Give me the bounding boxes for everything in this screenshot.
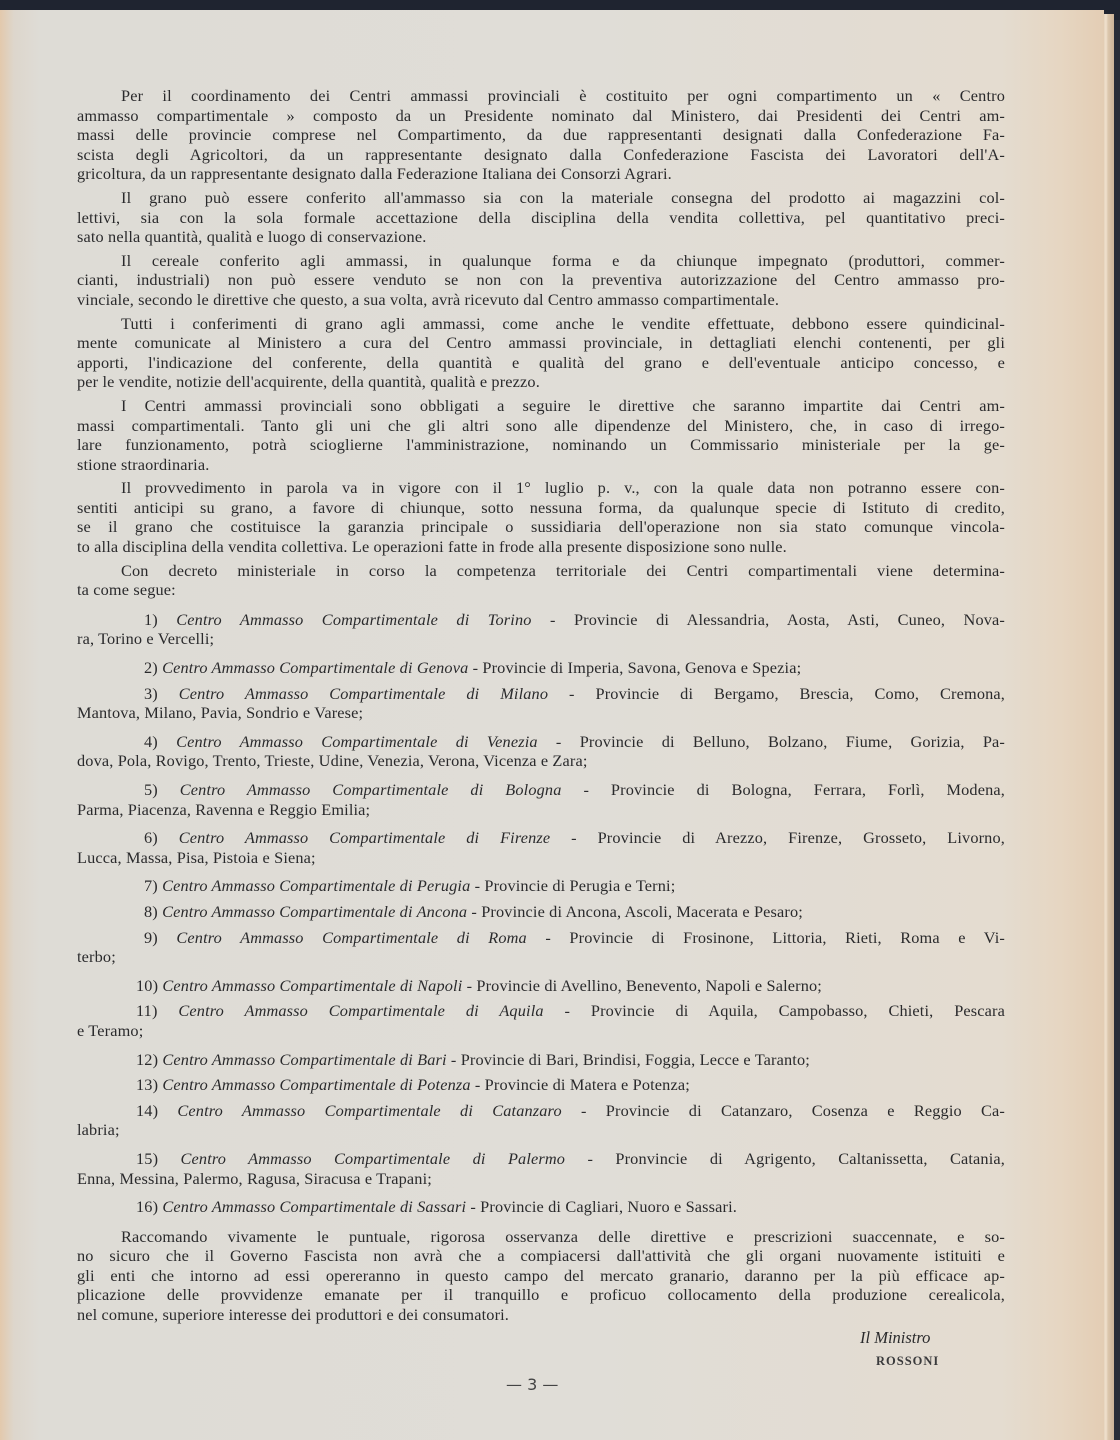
text-line: Il cereale conferito agli ammassi, in qu… — [77, 251, 1005, 271]
center-continuation-line: Lucca, Massa, Pisa, Pistoia e Siena; — [77, 848, 1005, 868]
center-provinces: - Provincie di Belluno, Bolzano, Fiume, … — [538, 732, 1005, 751]
center-continuation-line: dova, Pola, Rovigo, Trento, Trieste, Udi… — [77, 751, 1005, 771]
paragraph-6: Il provvedimento in parola va in vigore … — [77, 478, 1005, 556]
center-continuation-line: Mantova, Milano, Pavia, Sondrio e Varese… — [77, 703, 1005, 723]
center-title: Centro Ammasso Compartimentale di Napoli — [162, 976, 462, 995]
text-line: lare funzionamento, potrà scioglierne l'… — [77, 435, 1005, 455]
center-first-line: 1) Centro Ammasso Compartimentale di Tor… — [77, 610, 1005, 630]
center-title: Centro Ammasso Compartimentale di Sassar… — [162, 1197, 466, 1216]
center-list-item: 4) Centro Ammasso Compartimentale di Ven… — [77, 732, 1005, 771]
center-provinces: - Provincie di Avellino, Benevento, Napo… — [462, 976, 822, 995]
text-line: apporti, l'indicazione del conferente, d… — [77, 353, 1005, 373]
paragraph-2: Il grano può essere conferito all'ammass… — [77, 188, 1005, 247]
center-provinces: - Provincie di Frosinone, Littoria, Riet… — [527, 928, 1005, 947]
page-edge — [1104, 14, 1114, 1440]
center-continuation-line: labria; — [77, 1120, 1005, 1140]
center-first-line: 8) Centro Ammasso Compartimentale di Anc… — [77, 902, 1005, 922]
text-line: Raccomando vivamente le puntuale, rigoro… — [77, 1227, 1005, 1247]
paragraph-7: Con decreto ministeriale in corso la com… — [77, 561, 1005, 600]
center-list-item: 3) Centro Ammasso Compartimentale di Mil… — [77, 684, 1005, 723]
paragraph-4: Tutti i conferimenti di grano agli ammas… — [77, 314, 1005, 392]
signature-title: Il Ministro — [860, 1328, 930, 1348]
page-edge-shadow — [1114, 20, 1120, 1440]
text-line: ta come segue: — [77, 580, 1005, 600]
text-line: nel comune, superiore interesse dei prod… — [77, 1305, 1005, 1325]
center-title: Centro Ammasso Compartimentale di Bologn… — [180, 780, 562, 799]
center-number: 6) — [144, 828, 158, 847]
center-title: Centro Ammasso Compartimentale di Firenz… — [179, 828, 551, 847]
text-line: I Centri ammassi provinciali sono obblig… — [77, 396, 1005, 416]
center-first-line: 16) Centro Ammasso Compartimentale di Sa… — [77, 1197, 1005, 1217]
center-continuation-line: terbo; — [77, 947, 1005, 967]
paragraph-5: I Centri ammassi provinciali sono obblig… — [77, 396, 1005, 474]
center-list-item: 13) Centro Ammasso Compartimentale di Po… — [77, 1075, 1005, 1095]
center-number: 11) — [136, 1001, 158, 1020]
center-number: 8) — [144, 902, 158, 921]
center-number: 9) — [144, 928, 158, 947]
center-number: 14) — [136, 1101, 158, 1120]
text-line: mente comunicate al Ministero a cura del… — [77, 333, 1005, 353]
center-number: 15) — [136, 1149, 158, 1168]
text-line: scista degli Agricoltori, da un rapprese… — [77, 145, 1005, 165]
center-provinces: - Provincie di Perugia e Terni; — [470, 876, 675, 895]
center-first-line: 11) Centro Ammasso Compartimentale di Aq… — [77, 1001, 1005, 1021]
center-provinces: - Provincie di Catanzaro, Cosenza e Regg… — [562, 1101, 1005, 1120]
text-line: Con decreto ministeriale in corso la com… — [77, 561, 1005, 581]
center-provinces: - Provincie di Matera e Potenza; — [471, 1075, 690, 1094]
center-provinces: - Provincie di Arezzo, Firenze, Grosseto… — [550, 828, 1005, 847]
text-line: cianti, industriali) non può essere vend… — [77, 270, 1005, 290]
center-provinces: - Provincie di Aquila, Campobasso, Chiet… — [544, 1001, 1005, 1020]
text-line: sentiti anticipi su grano, a favore di c… — [77, 498, 1005, 518]
center-continuation-line: Enna, Messina, Palermo, Ragusa, Siracusa… — [77, 1169, 1005, 1189]
center-title: Centro Ammasso Compartimentale di Genova — [162, 658, 468, 677]
paragraph-3: Il cereale conferito agli ammassi, in qu… — [77, 251, 1005, 310]
center-list-item: 14) Centro Ammasso Compartimentale di Ca… — [77, 1101, 1005, 1140]
text-line: massi compartimentali. Tanto gli uni che… — [77, 416, 1005, 436]
center-first-line: 15) Centro Ammasso Compartimentale di Pa… — [77, 1149, 1005, 1169]
text-line: gli enti che intorno ad essi opereranno … — [77, 1266, 1005, 1286]
center-list-item: 10) Centro Ammasso Compartimentale di Na… — [77, 976, 1005, 996]
center-first-line: 10) Centro Ammasso Compartimentale di Na… — [77, 976, 1005, 996]
text-line: Il grano può essere conferito all'ammass… — [77, 188, 1005, 208]
paragraph-1: Per il coordinamento dei Centri ammassi … — [77, 86, 1005, 184]
center-first-line: 9) Centro Ammasso Compartimentale di Rom… — [77, 928, 1005, 948]
center-title: Centro Ammasso Compartimentale di Aquila — [178, 1001, 543, 1020]
center-title: Centro Ammasso Compartimentale di Potenz… — [162, 1075, 470, 1094]
centers-list: 1) Centro Ammasso Compartimentale di Tor… — [77, 610, 1005, 1217]
center-title: Centro Ammasso Compartimentale di Venezi… — [176, 732, 538, 751]
center-provinces: - Provincie di Bergamo, Brescia, Como, C… — [548, 684, 1005, 703]
center-number: 12) — [136, 1050, 158, 1069]
center-title: Centro Ammasso Compartimentale di Milano — [179, 684, 548, 703]
center-continuation-line: Parma, Piacenza, Ravenna e Reggio Emilia… — [77, 800, 1005, 820]
center-number: 3) — [144, 684, 158, 703]
center-number: 1) — [144, 610, 158, 629]
center-list-item: 7) Centro Ammasso Compartimentale di Per… — [77, 876, 1005, 896]
center-list-item: 15) Centro Ammasso Compartimentale di Pa… — [77, 1149, 1005, 1188]
text-line: Il provvedimento in parola va in vigore … — [77, 478, 1005, 498]
center-title: Centro Ammasso Compartimentale di Roma — [176, 928, 526, 947]
center-number: 16) — [136, 1197, 158, 1216]
signature-name: ROSSONI — [876, 1354, 939, 1369]
center-provinces: - Pronvincie di Agrigento, Caltanissetta… — [565, 1149, 1005, 1168]
center-list-item: 2) Centro Ammasso Compartimentale di Gen… — [77, 658, 1005, 678]
center-list-item: 9) Centro Ammasso Compartimentale di Rom… — [77, 928, 1005, 967]
center-number: 5) — [144, 780, 158, 799]
center-list-item: 8) Centro Ammasso Compartimentale di Anc… — [77, 902, 1005, 922]
center-title: Centro Ammasso Compartimentale di Perugi… — [162, 876, 470, 895]
text-line: gricoltura, da un rappresentante designa… — [77, 164, 1005, 184]
center-first-line: 7) Centro Ammasso Compartimentale di Per… — [77, 876, 1005, 896]
center-provinces: - Provincie di Bari, Brindisi, Foggia, L… — [447, 1050, 810, 1069]
center-list-item: 5) Centro Ammasso Compartimentale di Bol… — [77, 780, 1005, 819]
center-title: Centro Ammasso Compartimentale di Catanz… — [177, 1101, 561, 1120]
center-first-line: 12) Centro Ammasso Compartimentale di Ba… — [77, 1050, 1005, 1070]
center-provinces: - Provincie di Ancona, Ascoli, Macerata … — [467, 902, 803, 921]
text-line: massi delle provincie comprese nel Compa… — [77, 125, 1005, 145]
text-line: sato nella quantità, qualità e luogo di … — [77, 227, 1005, 247]
center-number: 7) — [144, 876, 158, 895]
center-list-item: 12) Centro Ammasso Compartimentale di Ba… — [77, 1050, 1005, 1070]
center-title: Centro Ammasso Compartimentale di Palerm… — [181, 1149, 566, 1168]
center-first-line: 3) Centro Ammasso Compartimentale di Mil… — [77, 684, 1005, 704]
center-list-item: 6) Centro Ammasso Compartimentale di Fir… — [77, 828, 1005, 867]
center-number: 4) — [144, 732, 158, 751]
text-line: lettivi, sia con la sola formale accetta… — [77, 208, 1005, 228]
center-list-item: 11) Centro Ammasso Compartimentale di Aq… — [77, 1001, 1005, 1040]
center-title: Centro Ammasso Compartimentale di Bari — [162, 1050, 446, 1069]
center-number: 10) — [136, 976, 158, 995]
text-line: se il grano che costituisce la garanzia … — [77, 517, 1005, 537]
center-list-item: 1) Centro Ammasso Compartimentale di Tor… — [77, 610, 1005, 649]
center-list-item: 16) Centro Ammasso Compartimentale di Sa… — [77, 1197, 1005, 1217]
text-line: vinciale, secondo le direttive che quest… — [77, 290, 1005, 310]
center-number: 13) — [136, 1075, 158, 1094]
text-line: no sicuro che il Governo Fascista non av… — [77, 1246, 1005, 1266]
center-number: 2) — [144, 658, 158, 677]
center-title: Centro Ammasso Compartimentale di Ancona — [162, 902, 467, 921]
text-line: Per il coordinamento dei Centri ammassi … — [77, 86, 1005, 106]
center-title: Centro Ammasso Compartimentale di Torino — [176, 610, 531, 629]
text-line: ammasso compartimentale » composto da un… — [77, 106, 1005, 126]
center-first-line: 13) Centro Ammasso Compartimentale di Po… — [77, 1075, 1005, 1095]
center-provinces: - Provincie di Alessandria, Aosta, Asti,… — [532, 610, 1005, 629]
center-first-line: 6) Centro Ammasso Compartimentale di Fir… — [77, 828, 1005, 848]
center-provinces: - Provincie di Bologna, Ferrara, Forlì, … — [562, 780, 1005, 799]
center-provinces: - Provincie di Cagliari, Nuoro e Sassari… — [466, 1197, 737, 1216]
center-provinces: - Provincie di Imperia, Savona, Genova e… — [468, 658, 801, 677]
page-number: — 3 — — [506, 1375, 558, 1394]
text-line: Tutti i conferimenti di grano agli ammas… — [77, 314, 1005, 334]
text-line: plicazione delle provvidenze emanate per… — [77, 1285, 1005, 1305]
center-first-line: 5) Centro Ammasso Compartimentale di Bol… — [77, 780, 1005, 800]
center-first-line: 2) Centro Ammasso Compartimentale di Gen… — [77, 658, 1005, 678]
center-first-line: 14) Centro Ammasso Compartimentale di Ca… — [77, 1101, 1005, 1121]
text-line: stione straordinaria. — [77, 455, 1005, 475]
document-body: Per il coordinamento dei Centri ammassi … — [77, 86, 1005, 1325]
center-first-line: 4) Centro Ammasso Compartimentale di Ven… — [77, 732, 1005, 752]
text-line: per le vendite, notizie dell'acquirente,… — [77, 372, 1005, 392]
center-continuation-line: ra, Torino e Vercelli; — [77, 629, 1005, 649]
center-continuation-line: e Teramo; — [77, 1021, 1005, 1041]
closing-paragraph: Raccomando vivamente le puntuale, rigoro… — [77, 1227, 1005, 1325]
text-line: to alla disciplina della vendita collett… — [77, 537, 1005, 557]
